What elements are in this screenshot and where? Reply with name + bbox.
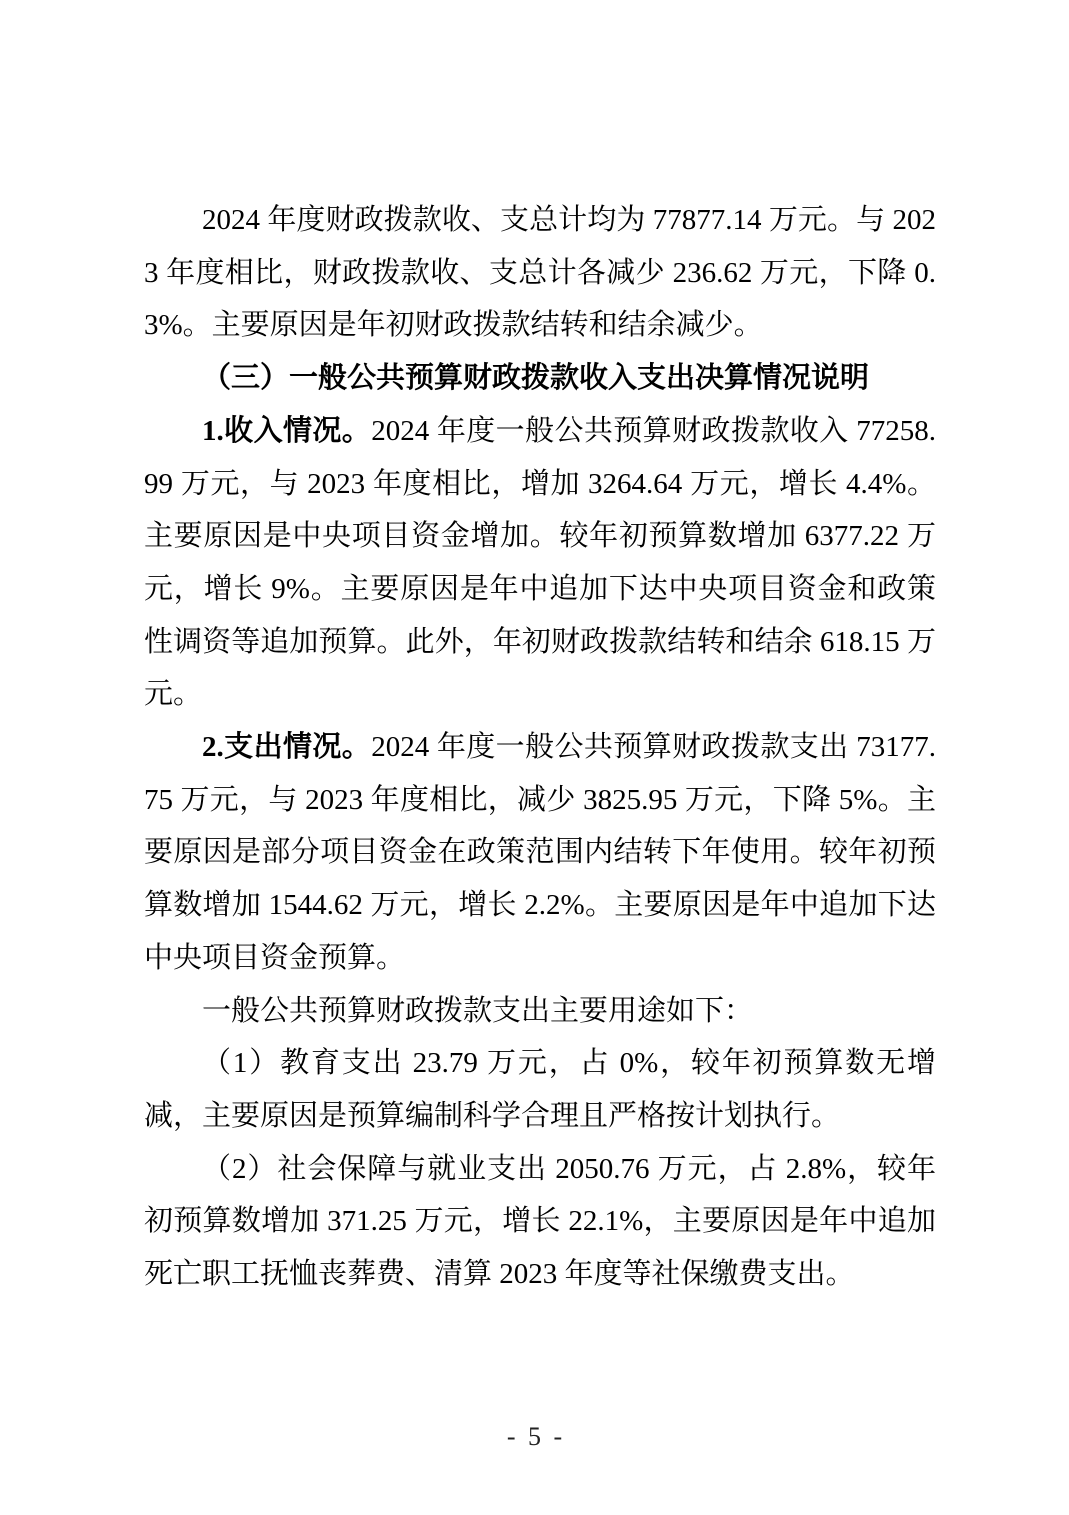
paragraph-education-expenditure: （1）教育支出 23.79 万元，占 0%，较年初预算数无增减，主要原因是预算编… bbox=[144, 1037, 936, 1142]
section-heading: （三）一般公共预算财政拨款收入支出决算情况说明 bbox=[144, 352, 936, 405]
paragraph-usage-intro: 一般公共预算财政拨款支出主要用途如下： bbox=[144, 985, 936, 1038]
expenditure-situation-label: 2.支出情况。 bbox=[202, 731, 371, 763]
income-situation-label: 1.收入情况。 bbox=[202, 415, 371, 447]
paragraph-social-security-expenditure: （2）社会保障与就业支出 2050.76 万元，占 2.8%，较年初预算数增加 … bbox=[144, 1143, 936, 1301]
paragraph-income-situation: 1.收入情况。2024 年度一般公共预算财政拨款收入 77258.99 万元，与… bbox=[144, 405, 936, 721]
income-situation-text: 2024 年度一般公共预算财政拨款收入 77258.99 万元，与 2023 年… bbox=[144, 415, 936, 711]
paragraph-fiscal-appropriation-total: 2024 年度财政拨款收、支总计均为 77877.14 万元。与 2023 年度… bbox=[144, 194, 936, 352]
page-number: - 5 - bbox=[0, 1420, 1069, 1454]
document-page: 2024 年度财政拨款收、支总计均为 77877.14 万元。与 2023 年度… bbox=[0, 0, 1069, 1515]
paragraph-expenditure-situation: 2.支出情况。2024 年度一般公共预算财政拨款支出 73177.75 万元，与… bbox=[144, 721, 936, 985]
document-content: 2024 年度财政拨款收、支总计均为 77877.14 万元。与 2023 年度… bbox=[144, 194, 936, 1301]
expenditure-situation-text: 2024 年度一般公共预算财政拨款支出 73177.75 万元，与 2023 年… bbox=[144, 731, 936, 974]
